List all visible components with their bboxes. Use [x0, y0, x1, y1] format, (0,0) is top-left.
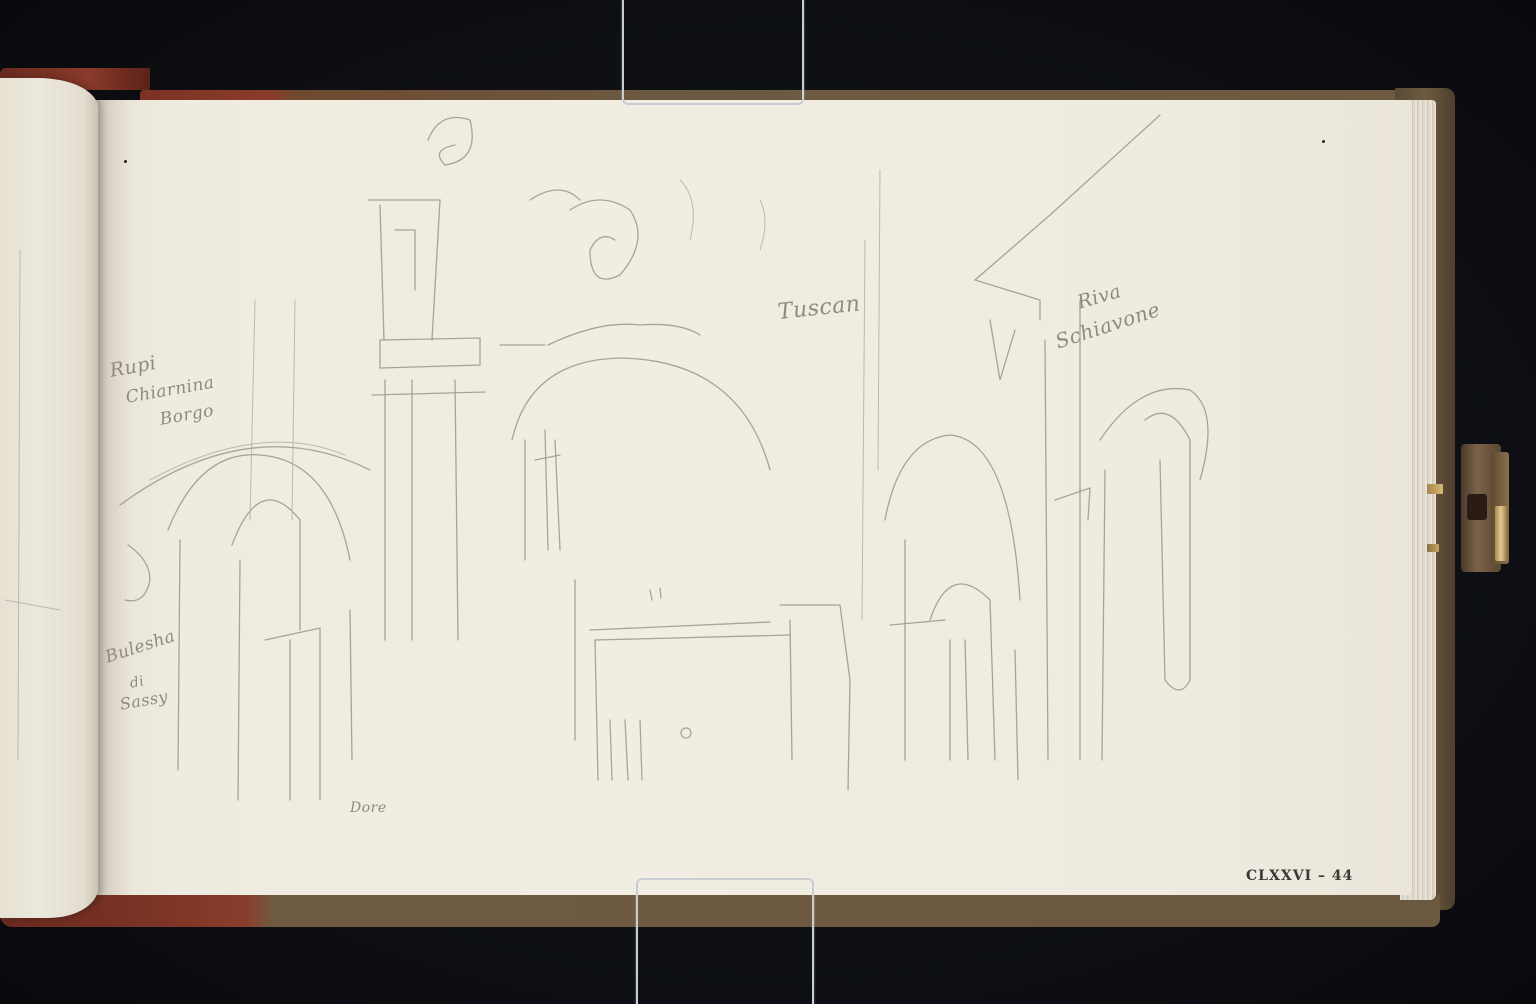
paper-speck — [1322, 140, 1325, 143]
wire-page-holder-bottom — [636, 878, 814, 1004]
clasp-patch — [1467, 494, 1487, 520]
wire-page-holder-top — [622, 0, 804, 105]
annotation-di: di — [128, 673, 145, 692]
paper-speck — [124, 160, 127, 163]
facing-page-curled — [0, 78, 98, 918]
annotation-dore: Dore — [350, 800, 387, 816]
leather-clasp — [1455, 444, 1513, 574]
gutter-shadow — [92, 100, 132, 895]
clasp-brass-pin — [1427, 544, 1439, 552]
sketchbook-page — [92, 100, 1412, 895]
clasp-brass-pin — [1427, 484, 1443, 494]
clasp-brass-fitting — [1495, 506, 1507, 561]
catalog-number: CLXXVI – 44 — [1246, 868, 1353, 884]
